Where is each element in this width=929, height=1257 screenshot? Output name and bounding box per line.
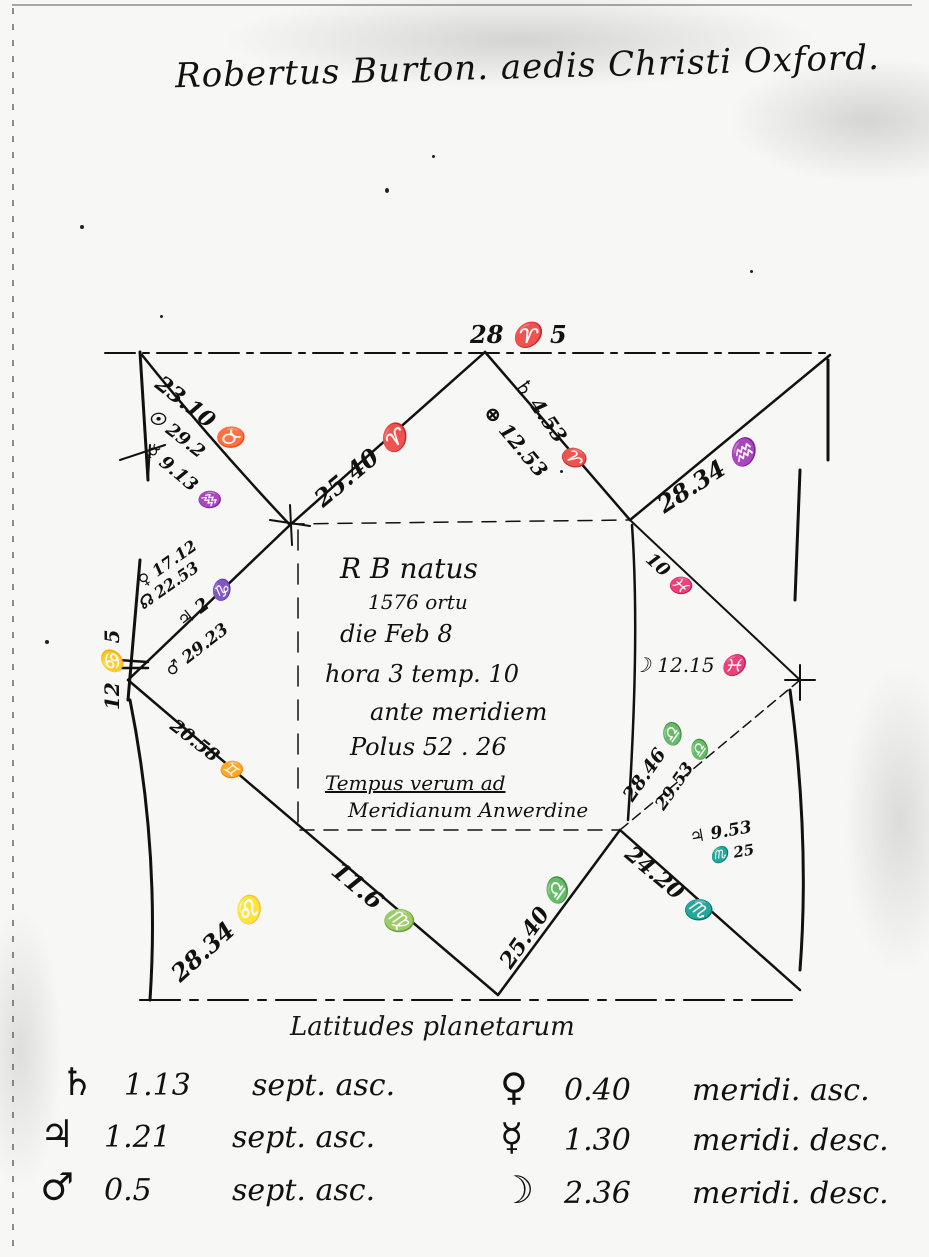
latitude-value: 2.36	[564, 1176, 674, 1211]
latitude-note: meridi. asc.	[692, 1073, 870, 1108]
latitude-row: ♀ 0.40 meridi. asc.	[500, 1065, 870, 1109]
latitude-value: 1.30	[564, 1123, 674, 1158]
center-line-6: Polus 52 . 26	[350, 735, 507, 759]
center-line-7: Tempus verum ad	[325, 773, 506, 793]
scan-speck	[160, 315, 163, 318]
center-line-2: 1576 ortu	[368, 592, 468, 612]
latitudes-heading: Latitudes planetarum	[290, 1012, 575, 1042]
latitude-note: meridi. desc.	[692, 1176, 889, 1211]
center-line-8: Meridianum Anwerdine	[348, 800, 588, 820]
manuscript-page: Robertus Burton. aedis Christi Oxford.	[0, 0, 929, 1257]
latitude-value: 1.13	[124, 1068, 234, 1103]
latitude-row: ♂ 0.5 sept. asc.	[40, 1165, 375, 1209]
jupiter-icon: ♃	[40, 1112, 86, 1156]
scan-speck	[432, 155, 435, 158]
scan-speck	[80, 225, 84, 229]
center-line-3: die Feb 8	[340, 622, 453, 646]
planet-moon: ☽ 12.15 ♓	[633, 655, 746, 675]
moon-icon: ☽	[500, 1168, 546, 1212]
venus-icon: ♀	[500, 1065, 546, 1109]
latitude-row: ♄ 1.13 sept. asc.	[60, 1060, 395, 1104]
latitude-row: ☿ 1.30 meridi. desc.	[500, 1115, 889, 1159]
mars-icon: ♂	[40, 1165, 86, 1209]
latitude-value: 1.21	[104, 1120, 214, 1155]
scan-speck	[45, 640, 49, 644]
center-line-5: ante meridiem	[370, 700, 547, 724]
latitude-note: sept. asc.	[232, 1173, 375, 1208]
latitude-note: sept. asc.	[252, 1068, 395, 1103]
scan-speck	[385, 188, 389, 193]
latitude-row: ♃ 1.21 sept. asc.	[40, 1112, 375, 1156]
mercury-icon: ☿	[500, 1115, 546, 1159]
cusp-asc: 12 ♋ 5	[102, 629, 122, 710]
center-line-4: hora 3 temp. 10	[325, 662, 519, 686]
latitude-row: ☽ 2.36 meridi. desc.	[500, 1168, 889, 1212]
latitude-value: 0.40	[564, 1073, 674, 1108]
latitude-value: 0.5	[104, 1173, 214, 1208]
center-line-1: R B natus	[340, 555, 478, 583]
latitude-note: sept. asc.	[232, 1120, 375, 1155]
saturn-icon: ♄	[60, 1060, 106, 1104]
scan-speck	[560, 470, 563, 473]
latitude-note: meridi. desc.	[692, 1123, 889, 1158]
cusp-mc: 28 ♈ 5	[470, 323, 567, 347]
scan-speck	[750, 270, 753, 273]
